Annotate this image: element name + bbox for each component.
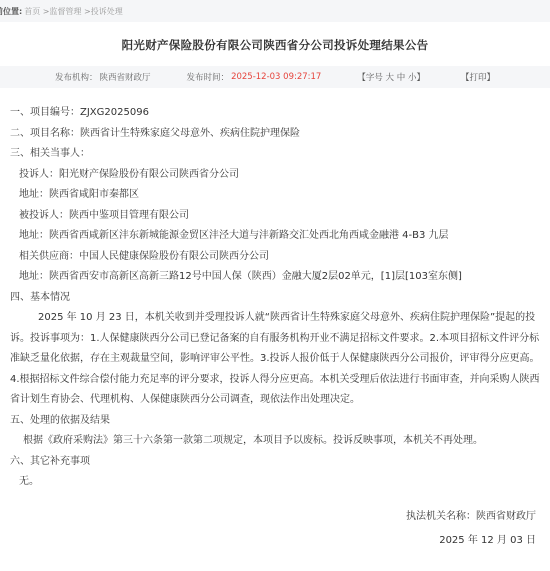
line-complainant: 投诉人：阳光财产保险股份有限公司陕西省分公司 [10, 165, 540, 186]
line-project-name: 二、项目名称：陕西省计生特殊家庭父母意外、疾病住院护理保险 [10, 124, 540, 145]
breadcrumb-path[interactable]: 首页 >监督管理 >投诉处理 [24, 6, 123, 17]
breadcrumb-label: 当前位置: [0, 6, 22, 17]
print-button[interactable]: 【打印】 [461, 71, 495, 83]
line-project-number: 一、项目编号：ZJXG2025096 [10, 103, 540, 124]
line-respondent-address: 地址：陕西省西咸新区沣东新城能源金贸区沣泾大道与沣新路交汇处西北角西咸金融港 4… [10, 226, 540, 247]
paragraph-basic-facts: 2025 年 10 月 23 日，本机关收到并受理投诉人就“陕西省计生特殊家庭父… [10, 308, 540, 411]
publisher-label: 发布机构： [55, 71, 98, 83]
breadcrumb-bar: 当前位置: 首页 >监督管理 >投诉处理 [0, 0, 550, 22]
font-size-control[interactable]: 【字号 大 中 小】 [357, 71, 425, 83]
line-parties-header: 三、相关当事人： [10, 144, 540, 165]
footer-date: 2025 年 12 月 03 日 [0, 529, 536, 553]
page-title: 阳光财产保险股份有限公司陕西省分公司投诉处理结果公告 [0, 37, 550, 53]
line-basic-header: 四、基本情况 [10, 288, 540, 309]
line-respondent: 被投诉人：陕西中鉴项目管理有限公司 [10, 206, 540, 227]
line-supplier: 相关供应商：中国人民健康保险股份有限公司陕西分公司 [10, 247, 540, 268]
line-supplier-address: 地址：陕西省西安市高新区高新三路12号中国人保（陕西）金融大厦2层02单元，[1… [10, 267, 540, 288]
line-complainant-address: 地址：陕西省咸阳市秦都区 [10, 185, 540, 206]
publisher-item: 发布机构： 陕西省财政厅 [55, 71, 151, 83]
publish-time-label: 发布时间： [187, 71, 230, 83]
publisher-value: 陕西省财政厅 [100, 71, 151, 83]
line-other-header: 六、其它补充事项 [10, 452, 540, 473]
meta-bar: 发布机构： 陕西省财政厅 发布时间： 2025-12-03 09:27:17 【… [0, 66, 550, 88]
document-footer: 执法机关名称：陕西省财政厅 2025 年 12 月 03 日 [0, 505, 550, 553]
line-result-header: 五、处理的依据及结果 [10, 411, 540, 432]
line-result-text: 根据《政府采购法》第三十六条第一款第二项规定，本项目予以废标。投诉反映事项，本机… [10, 431, 540, 452]
publish-time-item: 发布时间： 2025-12-03 09:27:17 [187, 71, 322, 83]
footer-agency: 执法机关名称：陕西省财政厅 [0, 505, 536, 529]
document-body: 一、项目编号：ZJXG2025096 二、项目名称：陕西省计生特殊家庭父母意外、… [0, 88, 550, 493]
line-other-none: 无。 [10, 472, 540, 493]
publish-time-value: 2025-12-03 09:27:17 [231, 72, 321, 82]
